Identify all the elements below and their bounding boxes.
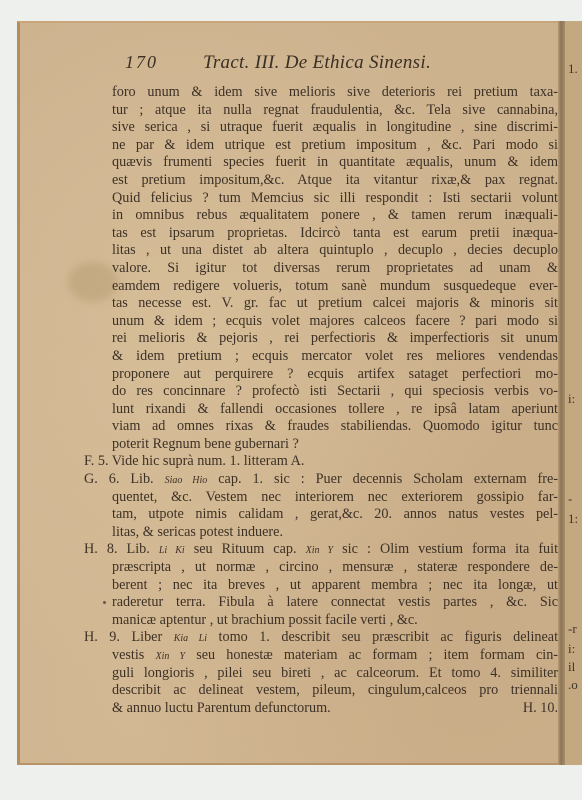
chapter-xin-y: Xin Y [306,545,333,556]
book-title-li-ki: Li Ki [159,545,185,556]
adjacent-fragment: i: [568,391,575,407]
text-line: sive serica , si utraque fuerit æqualis … [112,119,558,137]
note-h9-first-line: H. 9. Liber Kia Li tomo 1. describit seu… [84,629,558,647]
text-line: præscripta , ut normæ , circino , mensur… [112,559,558,577]
text-line: tas est ipsarum proprietas. Idcircò tant… [112,225,558,243]
text-line: tas necesse est. V. gr. fac ut pretium c… [112,295,558,313]
text-line: viam ad omnes rixas & fraudes stabiliend… [112,418,558,436]
adjacent-fragment: - [568,491,572,507]
text-line: & idem pretium ; ecquis mercator volet r… [112,348,558,366]
catchword: H. 10. [523,700,558,718]
text-line: unum & idem ; ecquis volet majores calce… [112,313,558,331]
text-line: do res concinnare ? profectò isti Sectar… [112,383,558,401]
note-g-prefix: G. 6. Lib. [84,471,154,487]
text-line: in omnibus rebus æqualitatem ponere , & … [112,207,558,225]
adjacent-fragment: .o [568,677,578,693]
text-line: & annuo luctu Parentum defunctorum. [112,700,331,718]
text-line: lunt rixandi & fallendi occasiones tolle… [112,401,558,419]
scanned-book-page-view: 1. i: - 1: -r i: il .o 170 Tract. III. D… [0,0,582,800]
book-gutter [558,21,565,765]
running-head: Tract. III. De Ethica Sinensi. [203,52,431,74]
note-h9-prefix: H. 9. Liber [84,629,162,645]
note-h8-rest: sic : Olim vestium forma ita fuit [342,541,558,557]
note-h8-prefix: H. 8. Lib. [84,541,150,557]
text-line: Quid felicius ? tum Memcius sic illi res… [112,190,558,208]
margin-mark [103,601,106,604]
text-line: valore. Si igitur tot diversas rerum pro… [112,260,558,278]
page-number: 170 [125,52,158,73]
note-g-rest: cap. 1. sic : Puer decennis Scholam exte… [218,471,558,487]
adjacent-fragment: 1: [568,511,578,527]
text-line: raderetur terra. Fibula à latere connect… [112,594,558,612]
adjacent-fragment: 1. [568,61,578,77]
text-line: rei melioris & pejoris , rei perfectiori… [112,330,558,348]
adjacent-fragment: il [568,659,575,675]
book-title-kia-li: Kia Li [174,633,207,644]
text-line: manicæ aptentur , ut brachium possit fac… [112,612,558,630]
text-line: guli longioris , pilei seu bireti , ac c… [112,665,558,683]
note-h9-line2-pre: vestis [112,647,144,663]
text-line: foro unum & idem sive melioris sive dete… [112,84,558,102]
note-f: F. 5. Vide hic suprà num. 1. litteram A. [84,453,558,471]
text-line: tam, utpote nimis calidam , gerat,&c. 20… [112,506,558,524]
book-title-siao-hio: Siao Hio [165,475,208,486]
text-line: quævis frumenti species fuerit in quanti… [112,154,558,172]
note-h9-second-line: vestis Xin Y seu honestæ materiam ac for… [112,647,558,665]
text-line: litas , ut una distet ab altera quintupl… [112,242,558,260]
text-line: eamdem redigere volueris, totum sanè mun… [112,278,558,296]
page-body: foro unum & idem sive melioris sive dete… [112,84,558,717]
text-line: quentet, &c. Vestem nec interiorem nec e… [112,489,558,507]
last-line-with-catchword: & annuo luctu Parentum defunctorum. H. 1… [112,700,558,718]
note-h8-mid: seu Rituum cap. [194,541,297,557]
adjacent-fragment: -r [568,621,577,637]
text-line: poterit Regnum bene gubernari ? [112,436,558,454]
text-line: describit ac delineat vestem, pileum, ci… [112,682,558,700]
note-h9-line2-rest: seu honestæ materiam ac formam ; item fo… [196,647,558,663]
text-line: ne par & idem utrique est pretium imposi… [112,137,558,155]
note-h9-rest: tomo 1. describit seu præscribit ac figu… [219,629,558,645]
note-g-first-line: G. 6. Lib. Siao Hio cap. 1. sic : Puer d… [84,471,558,489]
text-line: est pretium impositum,&c. Atque ita vita… [112,172,558,190]
text-line: tur ; atque ita nulla regnat fraudulenti… [112,102,558,120]
adjacent-fragment: i: [568,641,575,657]
paper-stain [68,262,118,302]
term-xin-y: Xin Y [155,651,185,662]
text-line: proponere aut perquirere ? ecquis artife… [112,366,558,384]
text-line: litas, & sericas potest induere. [112,524,558,542]
text-line: berent ; nec ita breves , ut apparent me… [112,577,558,595]
adjacent-page-edge: 1. i: - 1: -r i: il .o [565,21,582,765]
note-h8-first-line: H. 8. Lib. Li Ki seu Rituum cap. Xin Y s… [84,541,558,559]
